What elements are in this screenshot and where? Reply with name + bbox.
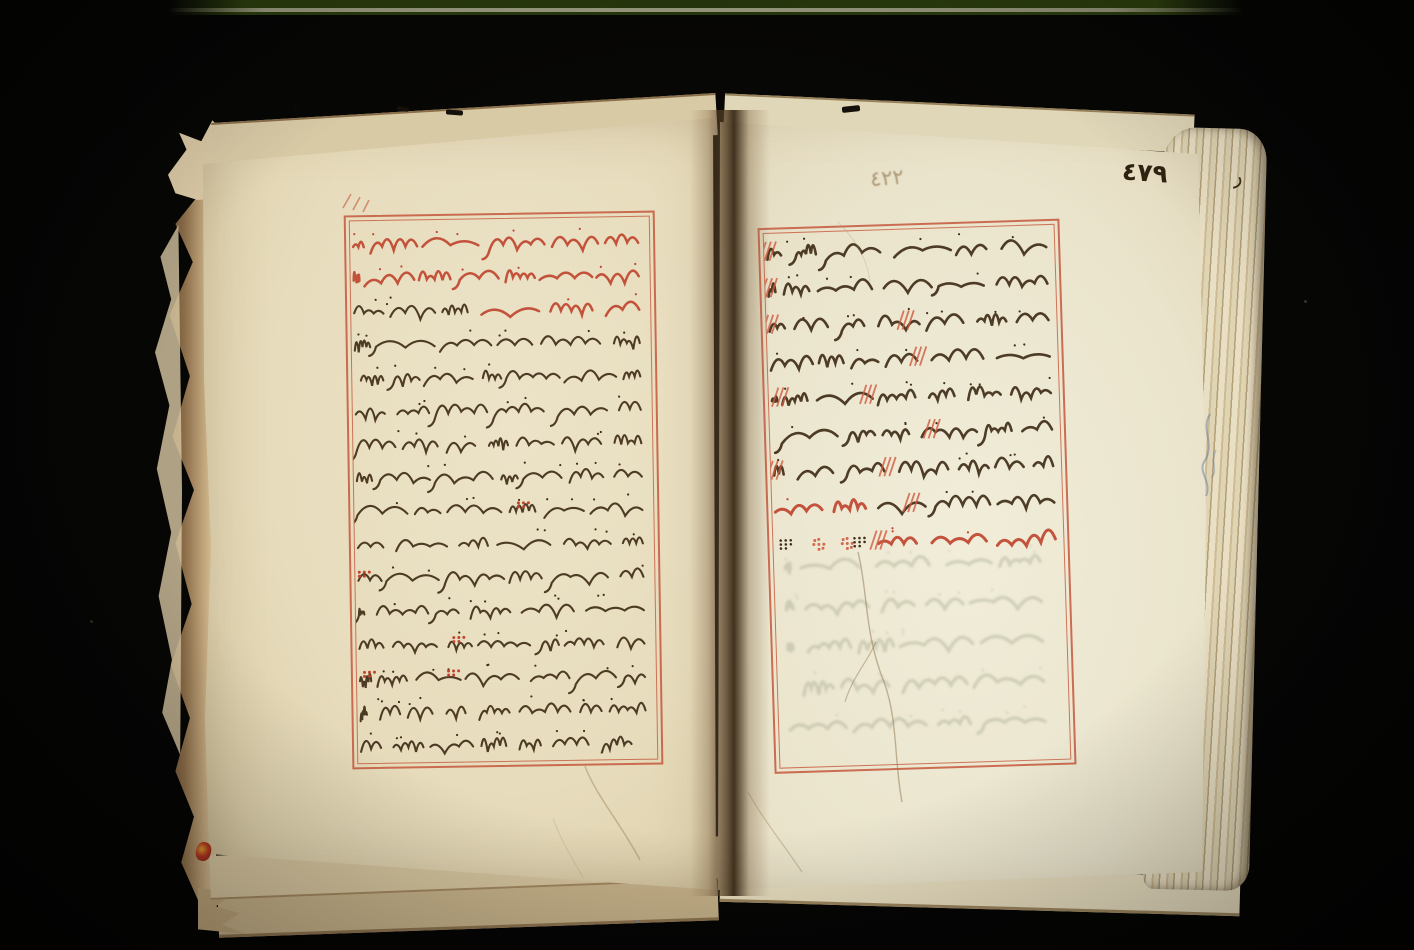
fore-edge-blue-ink-mark xyxy=(1194,410,1224,500)
manuscript-page-left xyxy=(203,118,718,892)
scanner-bed-highlight-line xyxy=(168,8,1243,12)
left-page-creases xyxy=(203,118,718,892)
page-edge-star-mark: ✳ xyxy=(290,100,302,116)
photo-backdrop: ٤٧٩ ٤٢٢ ✳ ر xyxy=(0,0,1414,950)
spine-edge-wisps xyxy=(146,225,182,755)
dust-speck xyxy=(636,920,639,923)
right-page-creases xyxy=(718,112,1262,908)
scanner-bed-strip xyxy=(168,0,1243,15)
book-gutter-shadow xyxy=(690,110,770,896)
manuscript-page-right: ٤٧٩ ٤٢٢ xyxy=(718,112,1262,908)
dust-speck xyxy=(1304,300,1307,303)
dust-speck xyxy=(90,620,93,623)
